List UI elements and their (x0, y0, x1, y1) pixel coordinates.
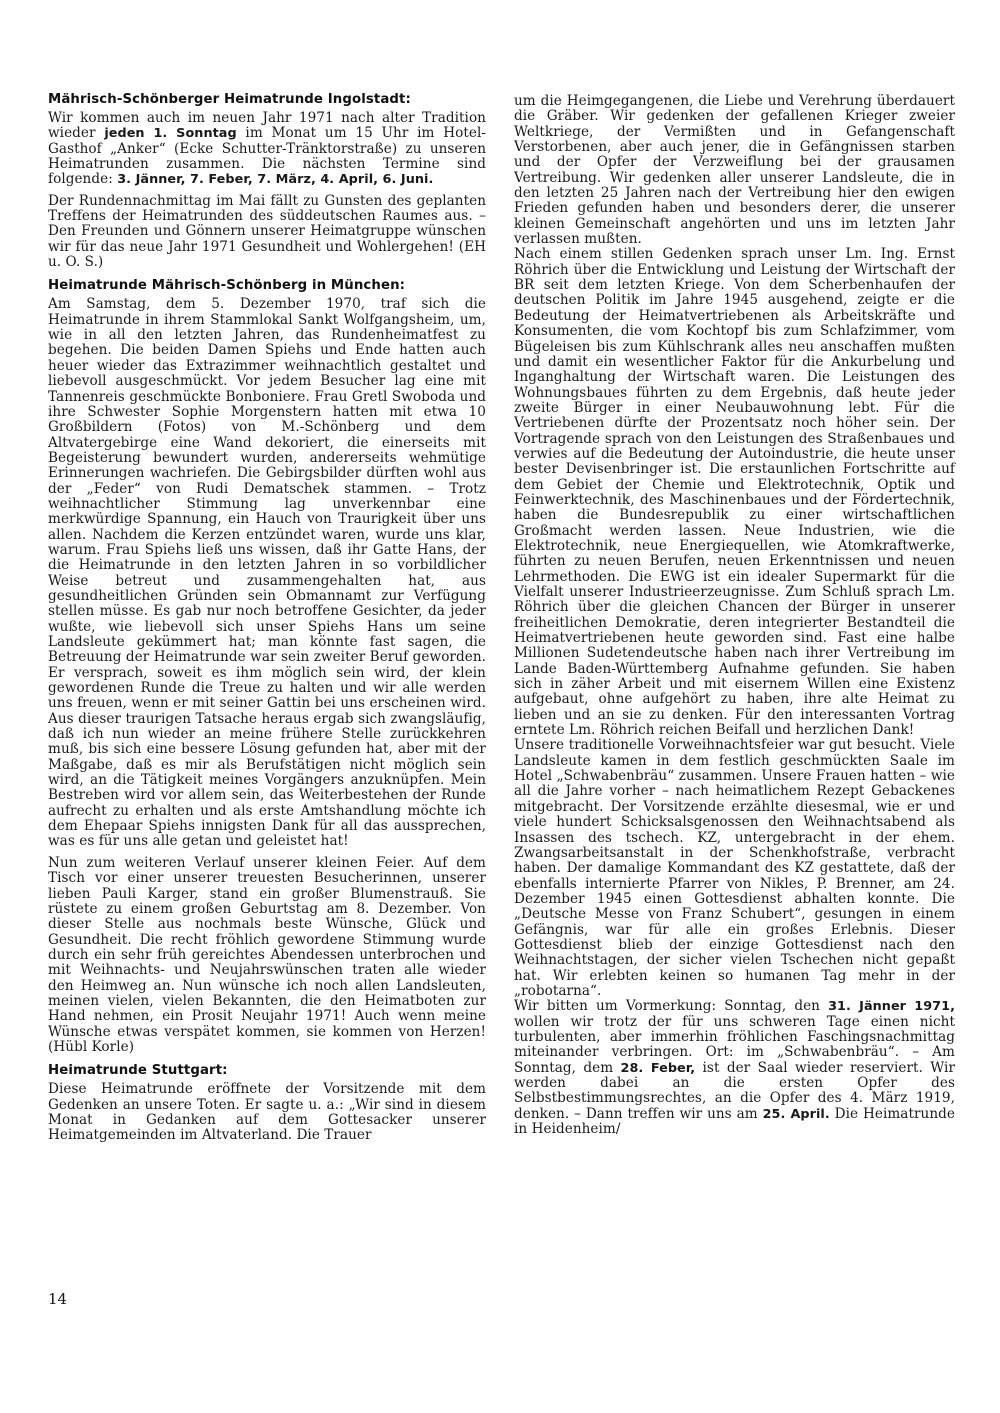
paragraph: Nun zum weiteren Verlauf unserer kleinen… (48, 856, 486, 1055)
paragraph: Diese Heimatrunde eröffnete der Vorsitze… (48, 1082, 486, 1143)
bold-dates: 3. Jänner, 7. Feber, 7. März, 4. April, … (117, 172, 433, 187)
paragraph: Nach einem stillen Gedenken sprach unser… (514, 247, 955, 738)
paragraph: Der Rundennachmittag im Mai fällt zu Gun… (48, 194, 486, 271)
paragraph: Wir kommen auch im neuen Jahr 1971 nach … (48, 111, 486, 188)
page-number: 14 (48, 1290, 67, 1308)
text-run: Wir bitten um Vormerkung: Sonntag, den (514, 998, 828, 1014)
right-column: um die Heimgegangenen, die Liebe und Ver… (514, 94, 955, 1137)
bold-text: jeden 1. Sonntag (104, 126, 236, 141)
paragraph: Am Samstag, dem 5. Dezember 1970, traf s… (48, 297, 486, 849)
section-muenchen: Heimatrunde Mährisch-Schönberg in Münche… (48, 278, 486, 1055)
paragraph: Wir bitten um Vormerkung: Sonntag, den 3… (514, 999, 955, 1137)
paragraph: Unsere traditionelle Vorweihnachtsfeier … (514, 738, 955, 999)
section-heading: Heimatrunde Stuttgart: (48, 1063, 486, 1079)
bold-date: 28. Feber, (621, 1061, 696, 1076)
left-column: Mährisch-Schönberger Heimatrunde Ingolst… (48, 92, 486, 1150)
section-heading: Heimatrunde Mährisch-Schönberg in Münche… (48, 278, 486, 294)
section-stuttgart: Heimatrunde Stuttgart: Diese Heimatrunde… (48, 1063, 486, 1143)
newsletter-page: Mährisch-Schönberger Heimatrunde Ingolst… (0, 0, 1000, 1413)
section-heading: Mährisch-Schönberger Heimatrunde Ingolst… (48, 92, 486, 108)
section-ingolstadt: Mährisch-Schönberger Heimatrunde Ingolst… (48, 92, 486, 270)
bold-date: 25. April. (763, 1107, 830, 1122)
paragraph: um die Heimgegangenen, die Liebe und Ver… (514, 94, 955, 247)
bold-date: 31. Jänner 1971, (828, 999, 955, 1014)
